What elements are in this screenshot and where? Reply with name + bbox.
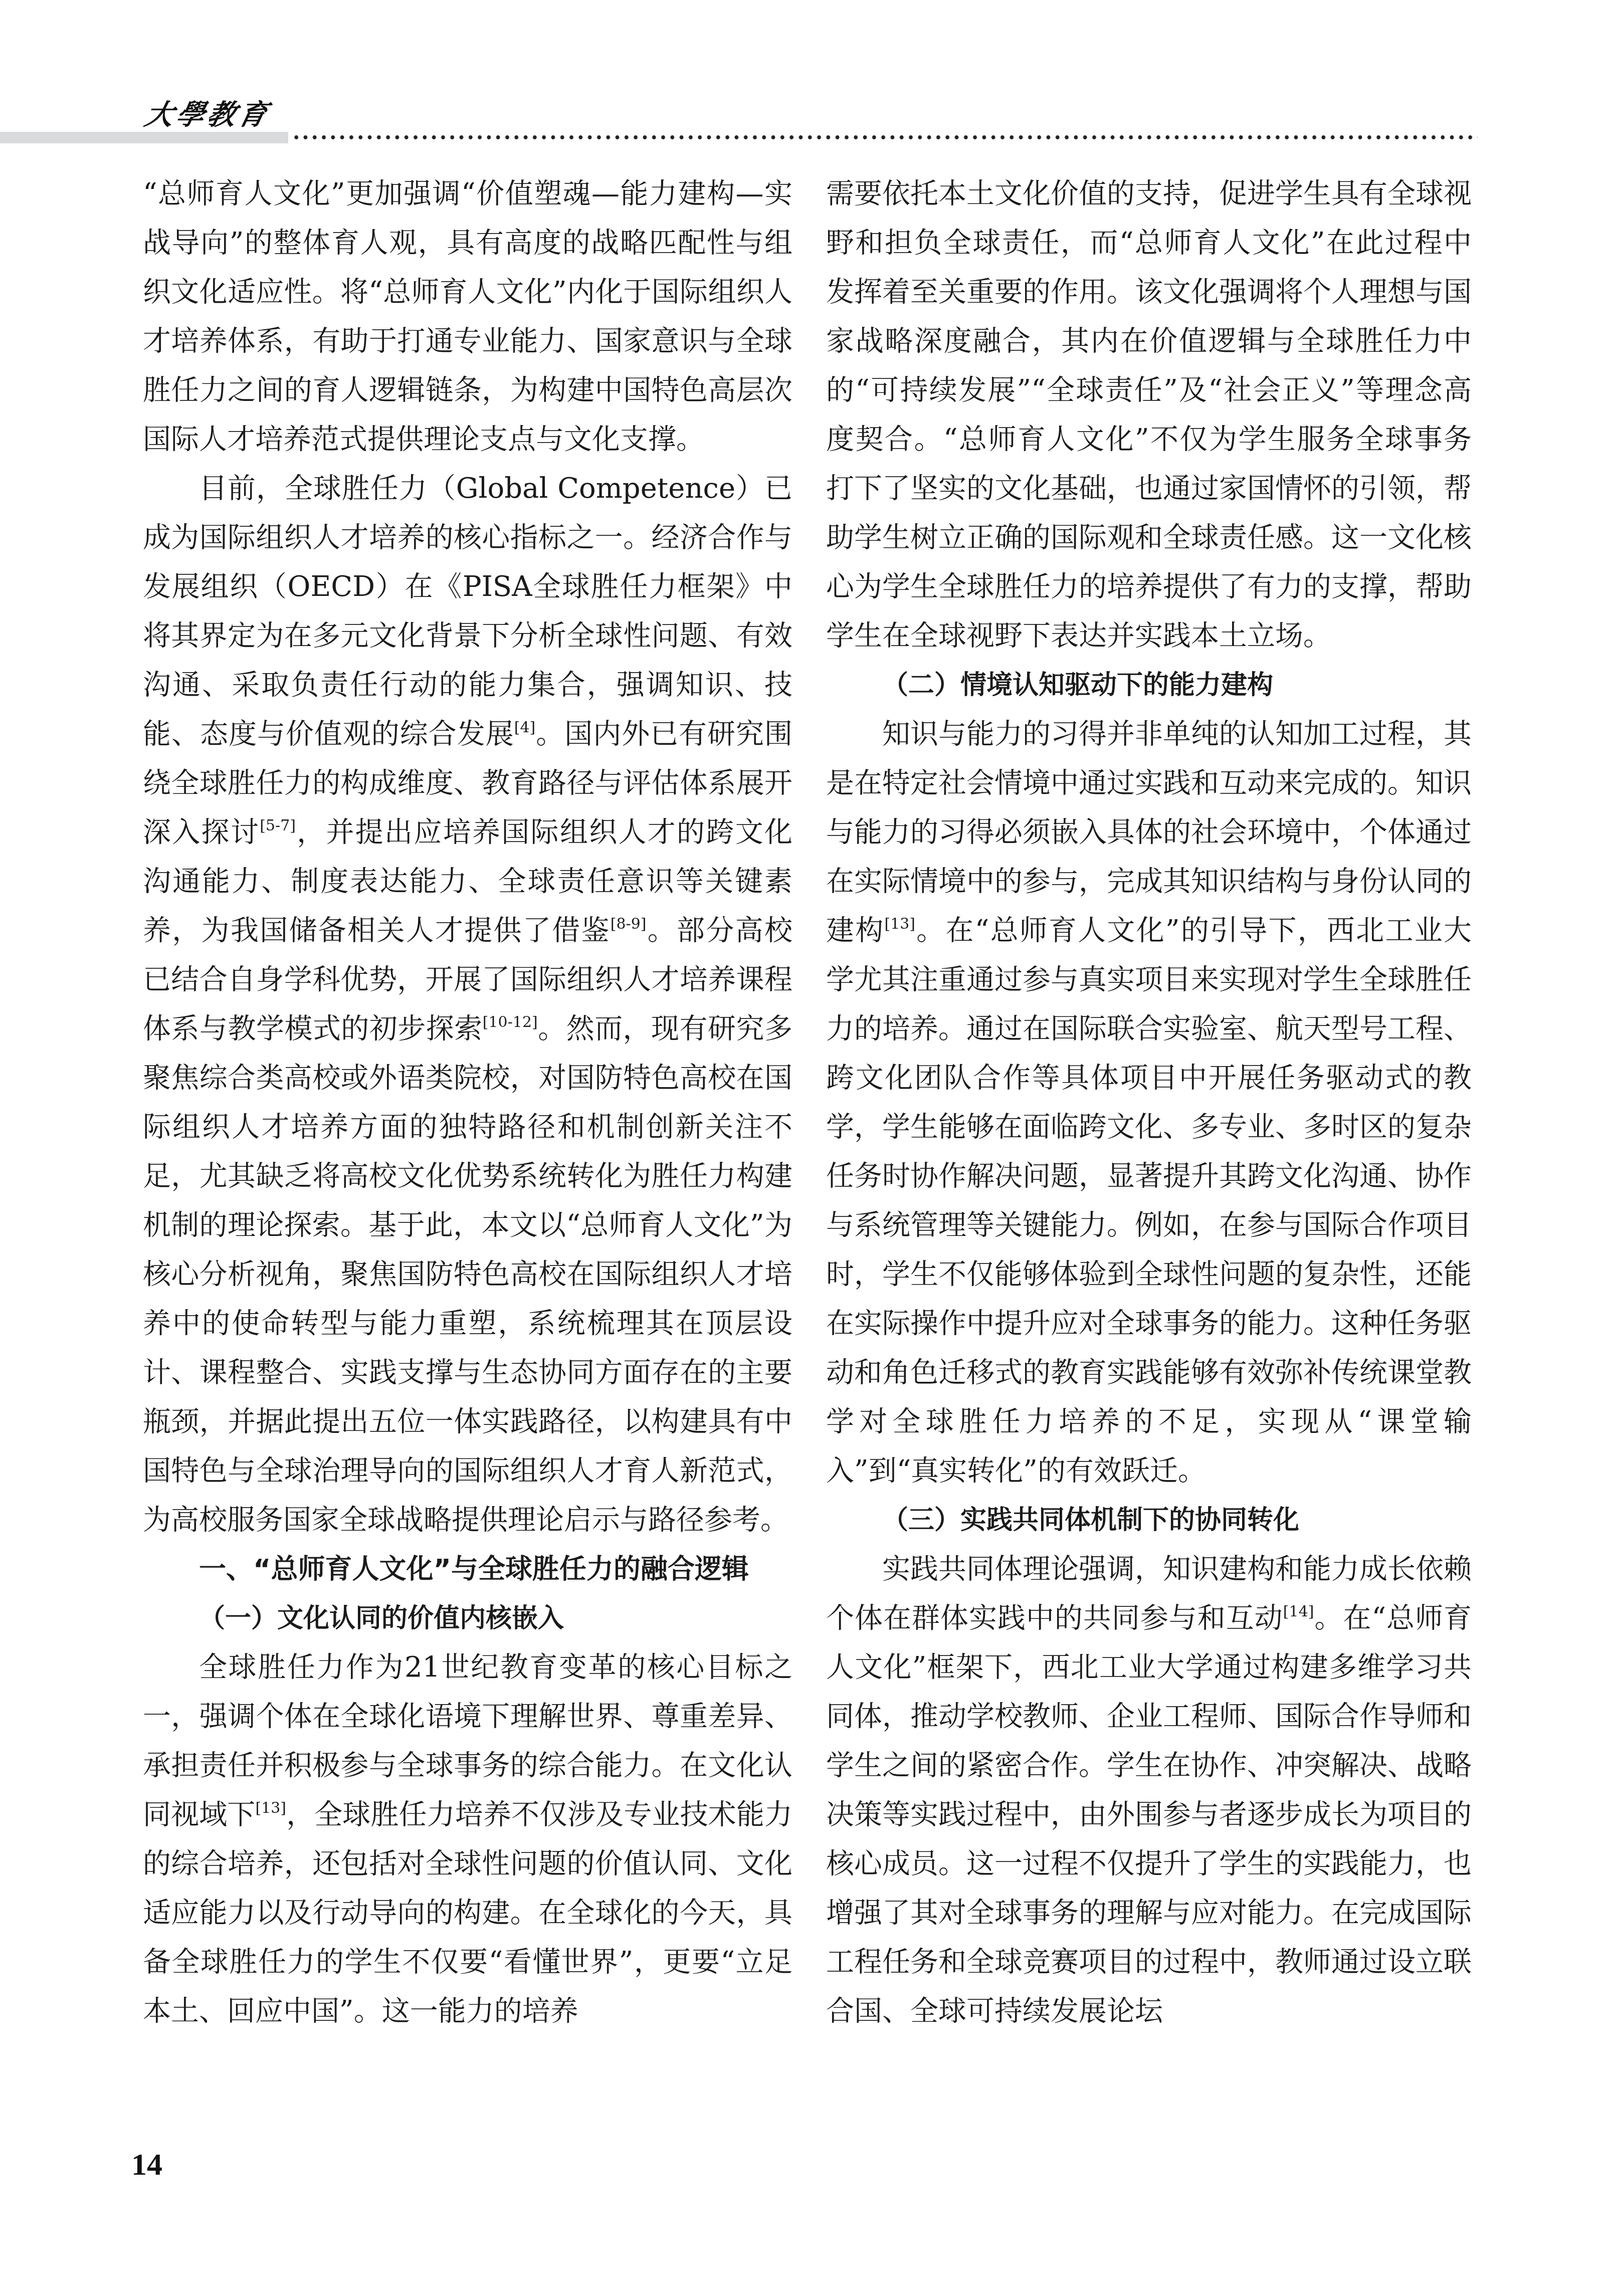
paragraph-situated-cognition: 知识与能力的习得并非单纯的认知加工过程，其是在特定社会情境中通过实践和互动来完成…	[826, 710, 1472, 1496]
right-column: 需要依托本土文化价值的支持，促进学生具有全球视野和担负全球责任，而“总师育人文化…	[826, 169, 1472, 2036]
text-run: 。然而，现有研究多聚焦综合类高校或外语类院校，对国防特色高校在国际组织人才培养方…	[143, 1012, 792, 1536]
citation: [13]	[884, 915, 915, 933]
citation: [5-7]	[260, 817, 296, 834]
header-bar	[0, 132, 288, 143]
paragraph-continued: 需要依托本土文化价值的支持，促进学生具有全球视野和担负全球责任，而“总师育人文化…	[826, 169, 1472, 661]
paragraph-community-of-practice: 实践共同体理论强调，知识建构和能力成长依赖个体在群体实践中的共同参与和互动[14…	[826, 1545, 1472, 2036]
text-run: 。在“总师育人文化”的引导下，西北工业大学尤其注重通过参与真实项目来实现对学生全…	[826, 914, 1472, 1487]
subsection-heading: （三）实践共同体机制下的协同转化	[826, 1496, 1472, 1545]
paragraph-global-competence: 目前，全球胜任力（Global Competence）已成为国际组织人才培养的核…	[143, 464, 792, 1545]
citation: [13]	[255, 1799, 286, 1817]
text-run: 目前，全球胜任力（Global Competence）已成为国际组织人才培养的核…	[143, 472, 792, 750]
text-run: 知识与能力的习得并非单纯的认知加工过程，其是在特定社会情境中通过实践和互动来完成…	[826, 718, 1472, 947]
citation: [8-9]	[611, 915, 647, 933]
citation: [4]	[514, 719, 536, 736]
paragraph-continued: “总师育人文化”更加强调“价值塑魂—能力建构—实战导向”的整体育人观，具有高度的…	[143, 169, 792, 464]
section-heading: 一、“总师育人文化”与全球胜任力的融合逻辑	[143, 1545, 792, 1594]
citation: [10-12]	[483, 1013, 538, 1031]
journal-logo: 大學教育	[142, 98, 284, 131]
left-column: “总师育人文化”更加强调“价值塑魂—能力建构—实战导向”的整体育人观，具有高度的…	[143, 169, 792, 2036]
subsection-heading: （一）文化认同的价值内核嵌入	[143, 1594, 792, 1643]
text-run: ，全球胜任力培养不仅涉及专业技术能力的综合培养，还包括对全球性问题的价值认同、文…	[143, 1798, 792, 2027]
subsection-heading: （二）情境认知驱动下的能力建构	[826, 661, 1472, 710]
text-run: 。在“总师育人文化”框架下，西北工业大学通过构建多维学习共同体，推动学校教师、企…	[826, 1602, 1472, 2027]
page-number: 14	[131, 2149, 162, 2180]
paragraph-cultural-identity: 全球胜任力作为21世纪教育变革的核心目标之一，强调个体在全球化语境下理解世界、尊…	[143, 1643, 792, 2036]
header-dotted-rule	[292, 135, 1478, 140]
citation: [14]	[1283, 1603, 1314, 1620]
